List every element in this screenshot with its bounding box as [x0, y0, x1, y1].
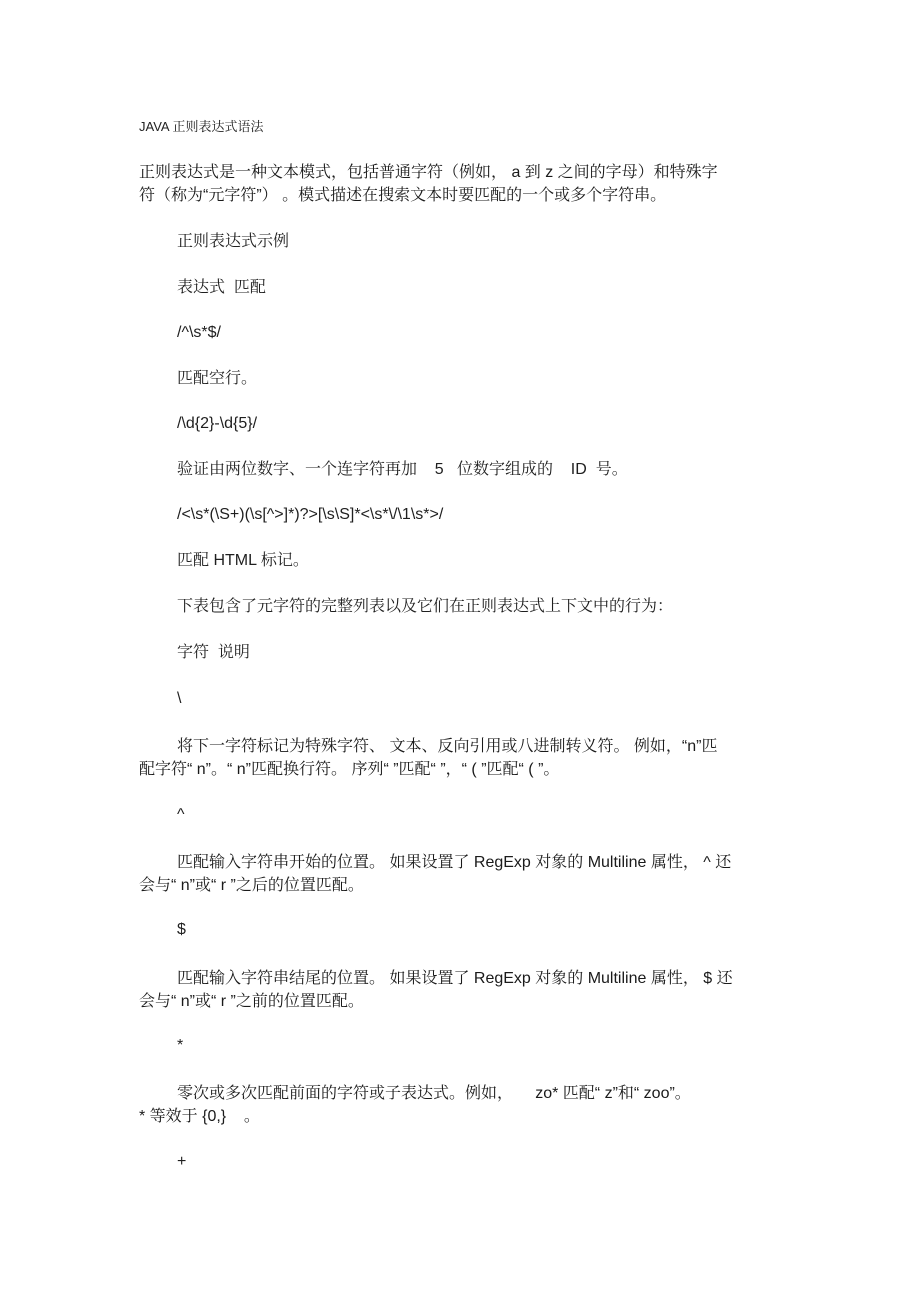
intro-line-1: 正则表达式是一种文本模式，包括普通字符（例如， a 到 z 之间的字母）和特殊字	[139, 161, 784, 184]
description-line-1: 将下一字符标记为特殊字符、 文本、反向引用或八进制转义符。 例如，“n”匹	[139, 735, 784, 758]
examples-heading: 正则表达式示例	[177, 232, 289, 252]
example-description: 匹配空行。	[177, 369, 257, 389]
metachar-symbol: $	[177, 920, 186, 940]
example-expression: /\d{2}-\d{5}/	[177, 414, 257, 434]
metachar-description: 匹配输入字符串结尾的位置。 如果设置了 RegExp 对象的 Multiline…	[139, 967, 784, 1013]
metachar-description: 零次或多次匹配前面的字符或子表达式。例如， zo* 匹配“ z”和“ zoo”。…	[139, 1082, 784, 1128]
description-line-2: 会与“ n”或“ r ”之前的位置匹配。	[139, 990, 784, 1013]
description-line-1: 匹配输入字符串结尾的位置。 如果设置了 RegExp 对象的 Multiline…	[139, 967, 784, 990]
metachar-symbol: ^	[177, 805, 185, 825]
description-line-2: * 等效于 {0,} 。	[139, 1105, 784, 1128]
metachar-description: 将下一字符标记为特殊字符、 文本、反向引用或八进制转义符。 例如，“n”匹 配字…	[139, 735, 784, 781]
intro-paragraph: 正则表达式是一种文本模式，包括普通字符（例如， a 到 z 之间的字母）和特殊字…	[139, 161, 784, 207]
metachar-intro: 下表包含了元字符的完整列表以及它们在正则表达式上下文中的行为：	[177, 597, 673, 617]
examples-table-header: 表达式 匹配	[177, 278, 266, 298]
description-line-2: 会与“ n”或“ r ”之后的位置匹配。	[139, 874, 784, 897]
metachar-description: 匹配输入字符串开始的位置。 如果设置了 RegExp 对象的 Multiline…	[139, 851, 784, 897]
example-expression: /^\s*$/	[177, 323, 221, 343]
description-line-1: 匹配输入字符串开始的位置。 如果设置了 RegExp 对象的 Multiline…	[139, 851, 784, 874]
example-expression: /<\s*(\S+)(\s[^>]*)?>[\s\S]*<\s*\/\1\s*>…	[177, 505, 443, 525]
metachar-table-header: 字符 说明	[177, 643, 250, 663]
example-description: 匹配 HTML 标记。	[177, 551, 309, 571]
intro-line-2: 符（称为“元字符”） 。模式描述在搜索文本时要匹配的一个或多个字符串。	[139, 184, 784, 207]
metachar-symbol: +	[177, 1152, 186, 1172]
example-description: 验证由两位数字、一个连字符再加 5 位数字组成的 ID 号。	[177, 460, 628, 480]
document-title: JAVA 正则表达式语法	[139, 118, 263, 136]
metachar-symbol: *	[177, 1036, 183, 1056]
description-line-1: 零次或多次匹配前面的字符或子表达式。例如， zo* 匹配“ z”和“ zoo”。	[139, 1082, 784, 1105]
description-line-2: 配字符“ n”。“ n”匹配换行符。 序列“ ”匹配“ ”，“ ( ”匹配“ (…	[139, 758, 784, 781]
metachar-symbol: \	[177, 689, 181, 709]
